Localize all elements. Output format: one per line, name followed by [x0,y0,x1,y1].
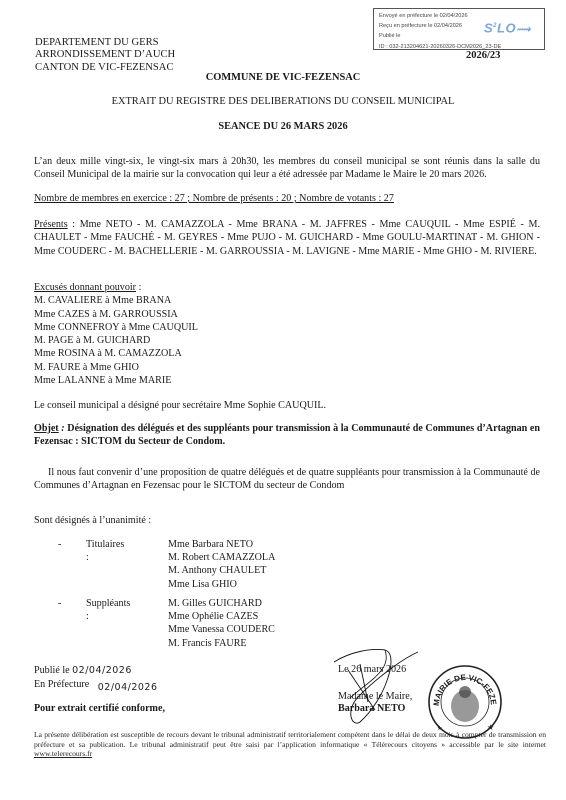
objet-label: Objet [34,423,59,434]
session-title: SEANCE DU 26 MARS 2026 [0,121,566,132]
excuses-label: Excusés donnant pouvoir [34,282,136,293]
titulaire-name: M. Robert CAMAZZOLA [168,551,275,564]
objet-paragraph: Objet : Désignation des délégués et des … [34,423,540,448]
titulaires-label: Titulaires : [86,538,124,564]
proxy-item: M. PAGE à M. GUICHARD [34,334,198,347]
titulaire-name: M. Anthony CHAULET [168,564,275,577]
objet-text: Désignation des délégués et des suppléan… [34,423,540,447]
proxy-item: M. FAURE à Mme GHIO [34,361,198,374]
telerecours-link[interactable]: www.telerecours.fr [34,749,92,758]
publication-block: Publié le 02/04/2026 En Préfecture 02/04… [34,664,152,691]
legal-notice: La présente délibération est susceptible… [34,730,546,759]
presents-list: Mme NETO - M. CAMAZZOLA - Mme BRANA - M.… [34,219,540,257]
body-text: Il nous faut convenir d’une proposition … [34,467,540,491]
publie-date-handwritten: 02/04/2026 [72,665,132,676]
prefecture-date-handwritten: 02/04/2026 [98,682,158,693]
titulaire-name: Mme Barbara NETO [168,538,275,551]
publie-label: Publié le [34,665,70,676]
slo-logo-icon: S2LO⟿ [484,21,531,36]
suppleant-name: M. Francis FAURE [168,637,275,650]
presents-label: Présents [34,219,68,230]
intro-paragraph: L’an deux mille vingt-six, le vingt-six … [34,155,540,182]
proxy-item: Mme CONNEFROY à Mme CAUQUIL [34,321,198,334]
suppleants-label: Suppléants : [86,597,130,623]
proxy-item: M. CAVALIERE à Mme BRANA [34,294,198,307]
commune-title: COMMUNE DE VIC-FEZENSAC [0,72,566,83]
certified-copy-label: Pour extrait certifié conforme, [34,703,165,714]
department-line: DEPARTEMENT DU GERS [35,37,175,49]
suppleant-name: M. Gilles GUICHARD [168,597,275,610]
legal-text: La présente délibération est susceptible… [34,730,546,749]
stamp-envoye: Envoyé en préfecture le 02/04/2026 [379,11,544,21]
suppleant-name: Mme Ophélie CAZES [168,610,275,623]
suppleant-name: Mme Vanessa COUDERC [168,623,275,636]
stamp-id: ID : 032-213204621-20260326-DCM2026_23-D… [379,42,544,52]
presents-paragraph: Présents : Mme NETO - M. CAMAZZOLA - Mme… [34,218,540,258]
deliberation-number: 2026/23 [466,50,500,61]
mairie-seal-icon: MAIRIE DE VIC-FEZENSAC ★ ★ [427,664,503,740]
prefecture-stamp: Envoyé en préfecture le 02/04/2026 Reçu … [373,8,545,50]
registry-title: EXTRAIT DU REGISTRE DES DELIBERATIONS DU… [0,96,566,107]
member-counts: Nombre de membres en exercice : 27 ; Nom… [34,192,540,205]
arrondissement-line: ARRONDISSEMENT D’AUCH [35,49,175,61]
secretary-line: Le conseil municipal a désigné pour secr… [34,400,326,411]
designes-heading: Sont désignés à l’unanimité : [34,515,151,526]
signature-icon [330,640,430,730]
prefecture-label: En Préfecture [34,679,89,690]
proxy-item: Mme ROSINA à M. CAMAZZOLA [34,347,198,360]
excuses-section: Excusés donnant pouvoir : M. CAVALIERE à… [34,281,198,387]
titulaire-name: Mme Lisa GHIO [168,578,275,591]
body-paragraph: Il nous faut convenir d’une proposition … [34,466,540,493]
administrative-header: DEPARTEMENT DU GERS ARRONDISSEMENT D’AUC… [35,37,175,74]
proxy-item: Mme LALANNE à Mme MARIE [34,374,198,387]
proxy-item: Mme CAZES à M. GARROUSSIA [34,308,198,321]
